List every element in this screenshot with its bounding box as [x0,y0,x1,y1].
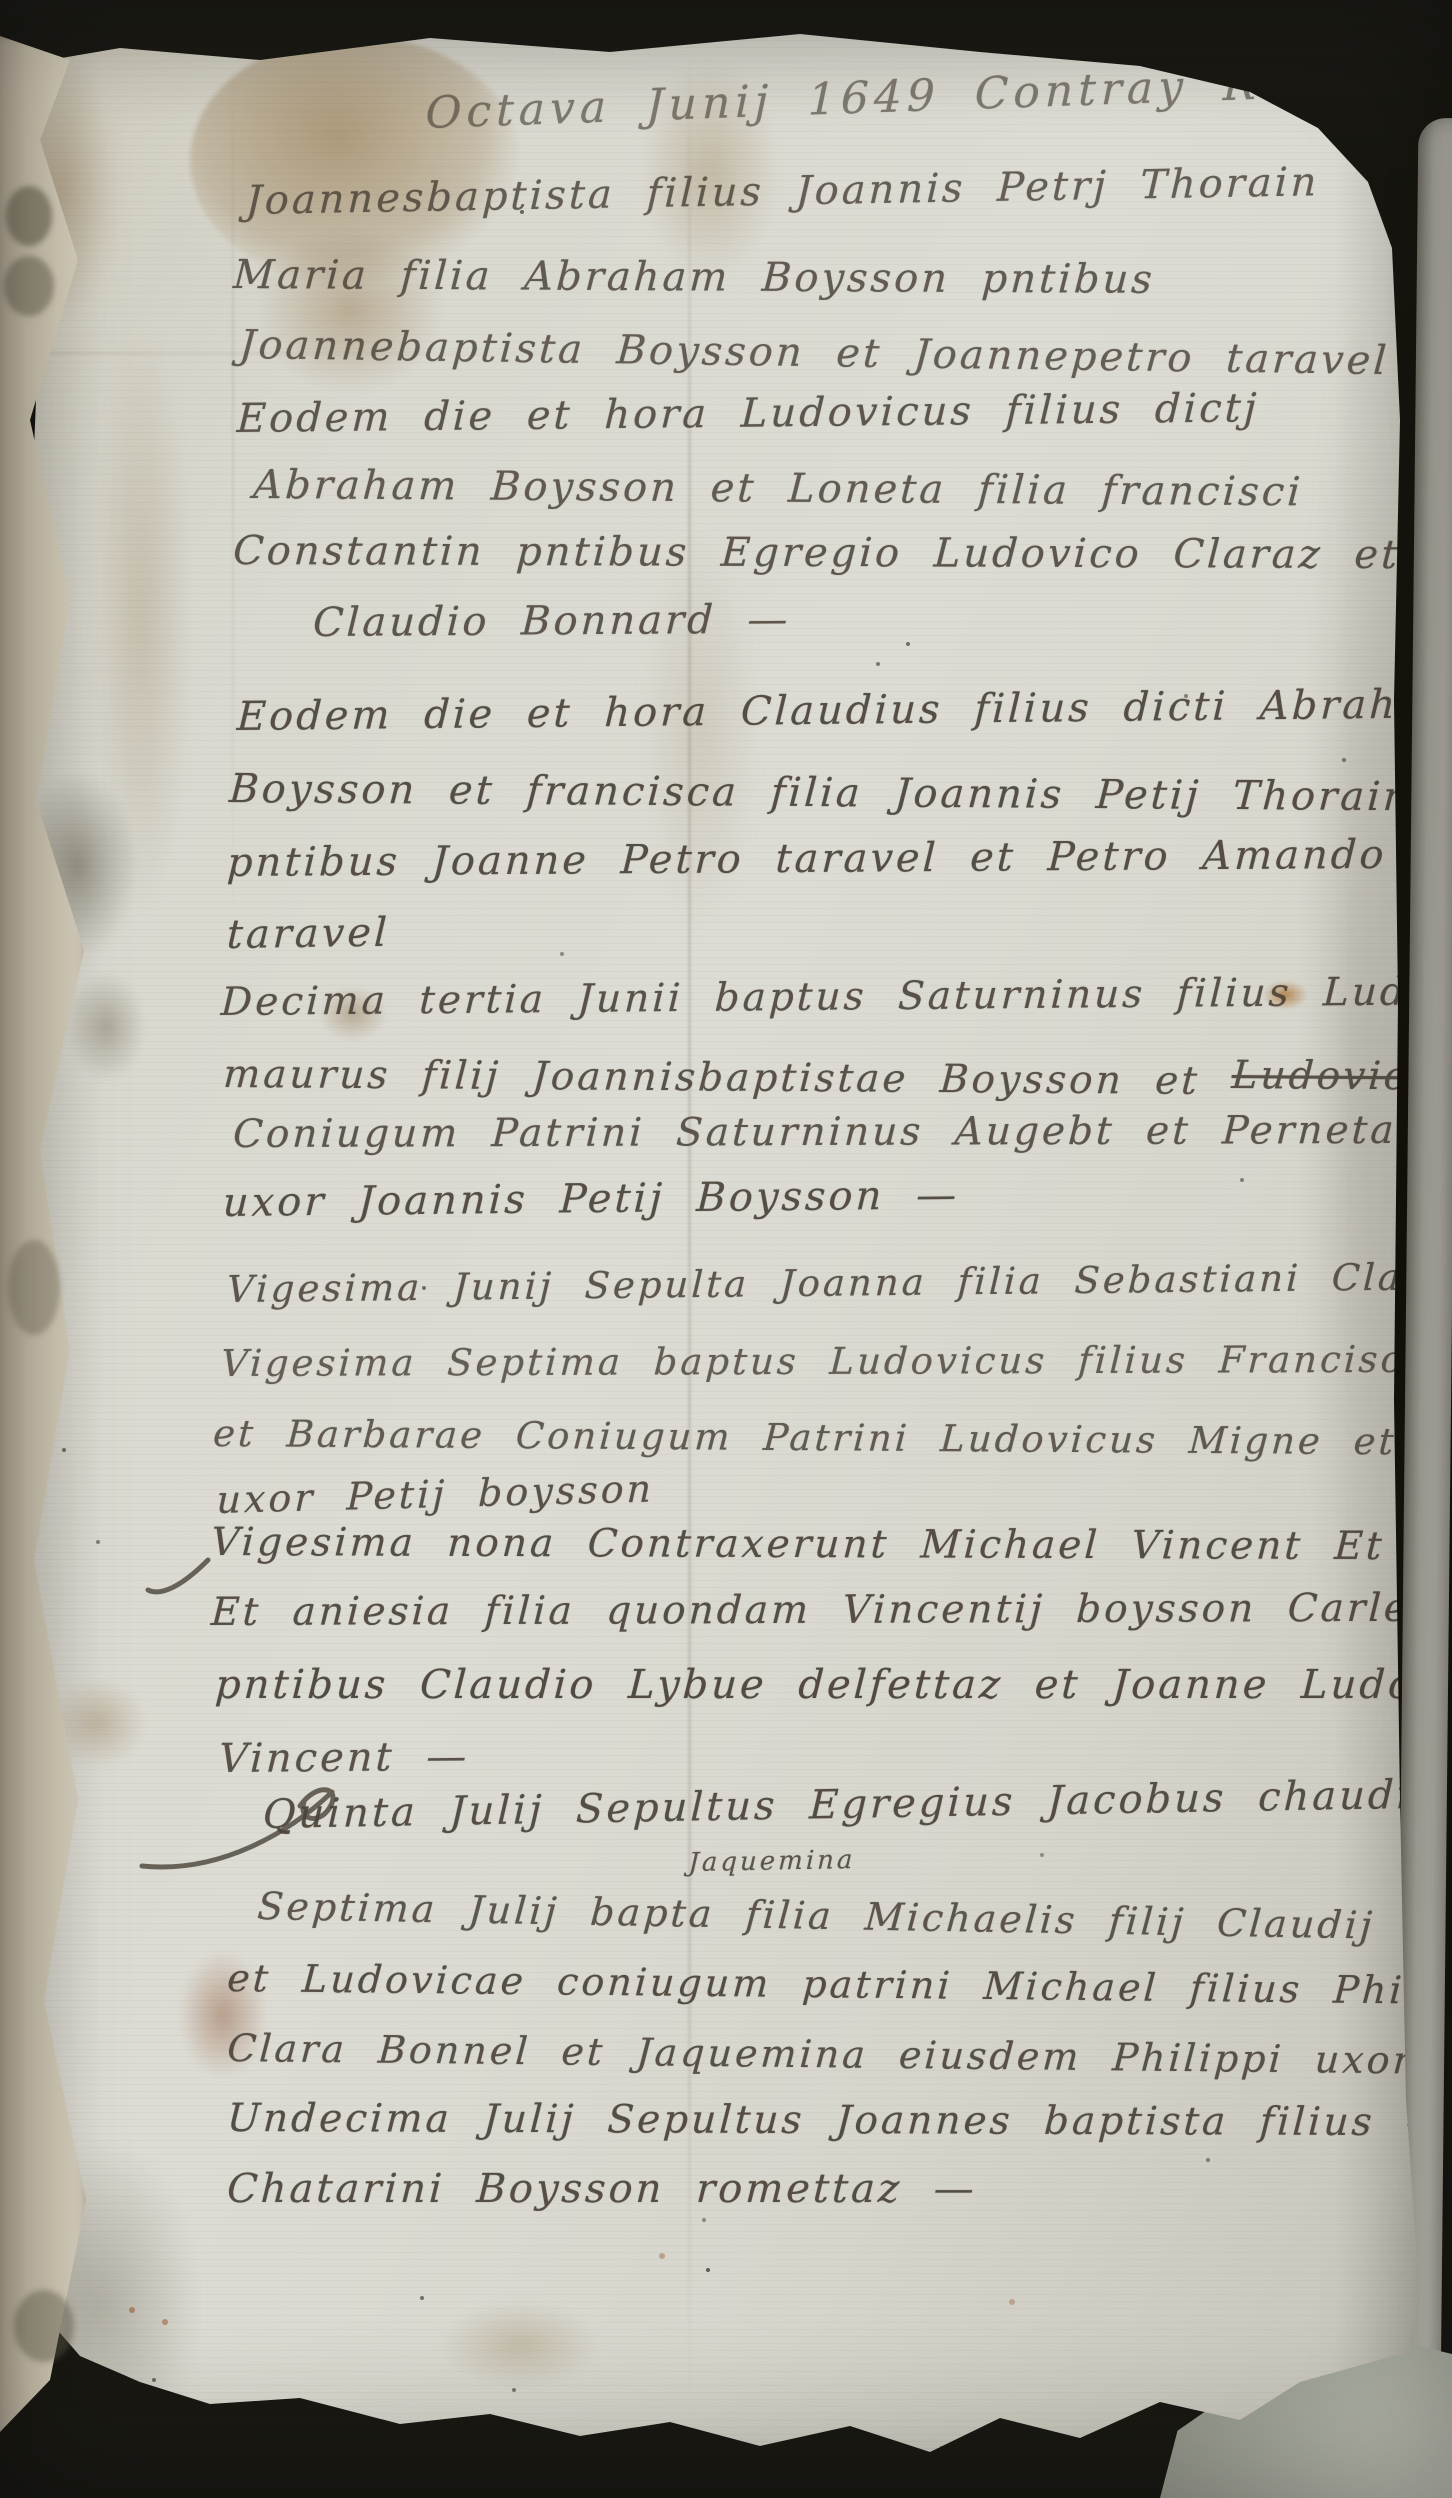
manuscript-line-12: taravel [226,910,391,958]
stain-left-small [66,972,146,1082]
manuscript-line-22: Et aniesia filia quondam Vincentij boyss… [210,1585,1452,1635]
manuscript-line-15: Coniugum Patrini Saturninus Augebt et Pe… [232,1108,1398,1157]
manuscript-page: Octava Junij 1649 Contray RouinJoannesba… [0,0,1452,2498]
stain-bottom-center [440,2300,600,2390]
manuscript-line-3: Maria filia Abraham Boysson pntibus [232,252,1156,303]
manuscript-line-27: Septima Julij bapta filia Michaelis fili… [256,1884,1452,1951]
manuscript-line-7: Constantin pntibus Egregio Ludovico Clar… [232,528,1402,578]
vertical-crease-left [232,60,234,960]
manuscript-line-1: Octava Junij 1649 Contray Rouin [425,55,1379,139]
manuscript-line-16: uxor Joannis Petij Boysson — [222,1172,960,1226]
manuscript-line-13: Decima tertia Junii baptus Saturninus fi… [220,969,1452,1025]
manuscript-line-24: Vincent — [218,1734,470,1782]
fray-shadow-upper [4,256,54,316]
fray-shadow-bottom [14,2290,74,2362]
rust-specks [0,0,4,4]
manuscript-line-20: uxor Petij boysson [216,1466,655,1522]
manuscript-line-6: Abraham Boysson et Loneta filia francisc… [252,462,1304,515]
manuscript-line-25: Quinta Julij Sepultus Egregius Jacobus c… [262,1770,1452,1838]
photo-stage: Octava Junij 1649 Contray RouinJoannesba… [0,0,1452,2498]
manuscript-line-23: pntibus Claudio Lybue delfettaz et Joann… [214,1662,1452,1708]
manuscript-line-17: Vigesima Junij Sepulta Joanna filia Seba… [226,1254,1452,1311]
manuscript-line-29: Clara Bonnel et Jaquemina eiusdem Philip… [226,2026,1415,2082]
manuscript-line-21: Vigesima nona Contraxerunt Michael Vince… [210,1520,1386,1569]
manuscript-line-26: Jaquemina [688,1845,856,1878]
dark-specks [0,0,4,4]
manuscript-line-28: et Ludovicae coniugum patrini Michael fi… [226,1956,1452,2013]
manuscript-line-14: maurus filij Joannisbaptistae Boysson et… [222,1046,1452,1106]
manuscript-line-10: Boysson et francisca filia Joannis Petij… [228,766,1413,820]
manuscript-line-19: et Barbarae Coniugum Patrini Ludovicus M… [212,1412,1452,1464]
fray-shadow-mid [8,1240,60,1335]
fray-shadow-top [6,186,52,246]
manuscript-line-30: Undecima Julij Sepultus Joannes baptista… [226,2096,1449,2145]
manuscript-line-18: Vigesima Septima baptus Ludovicus filius… [220,1337,1452,1385]
stain-right-curve-wash [1300,300,1410,1800]
manuscript-line-5: Eodem die et hora Ludovicus filius dictj [236,385,1260,442]
manuscript-line-8: Claudio Bonnard — [312,597,792,646]
manuscript-line-11: pntibus Joanne Petro taravel et Petro Am… [226,832,1388,886]
manuscript-line-31: Chatarini Boysson romettaz — [226,2166,978,2212]
manuscript-line-9: Eodem die et hora Claudius filius dicti … [236,681,1452,740]
